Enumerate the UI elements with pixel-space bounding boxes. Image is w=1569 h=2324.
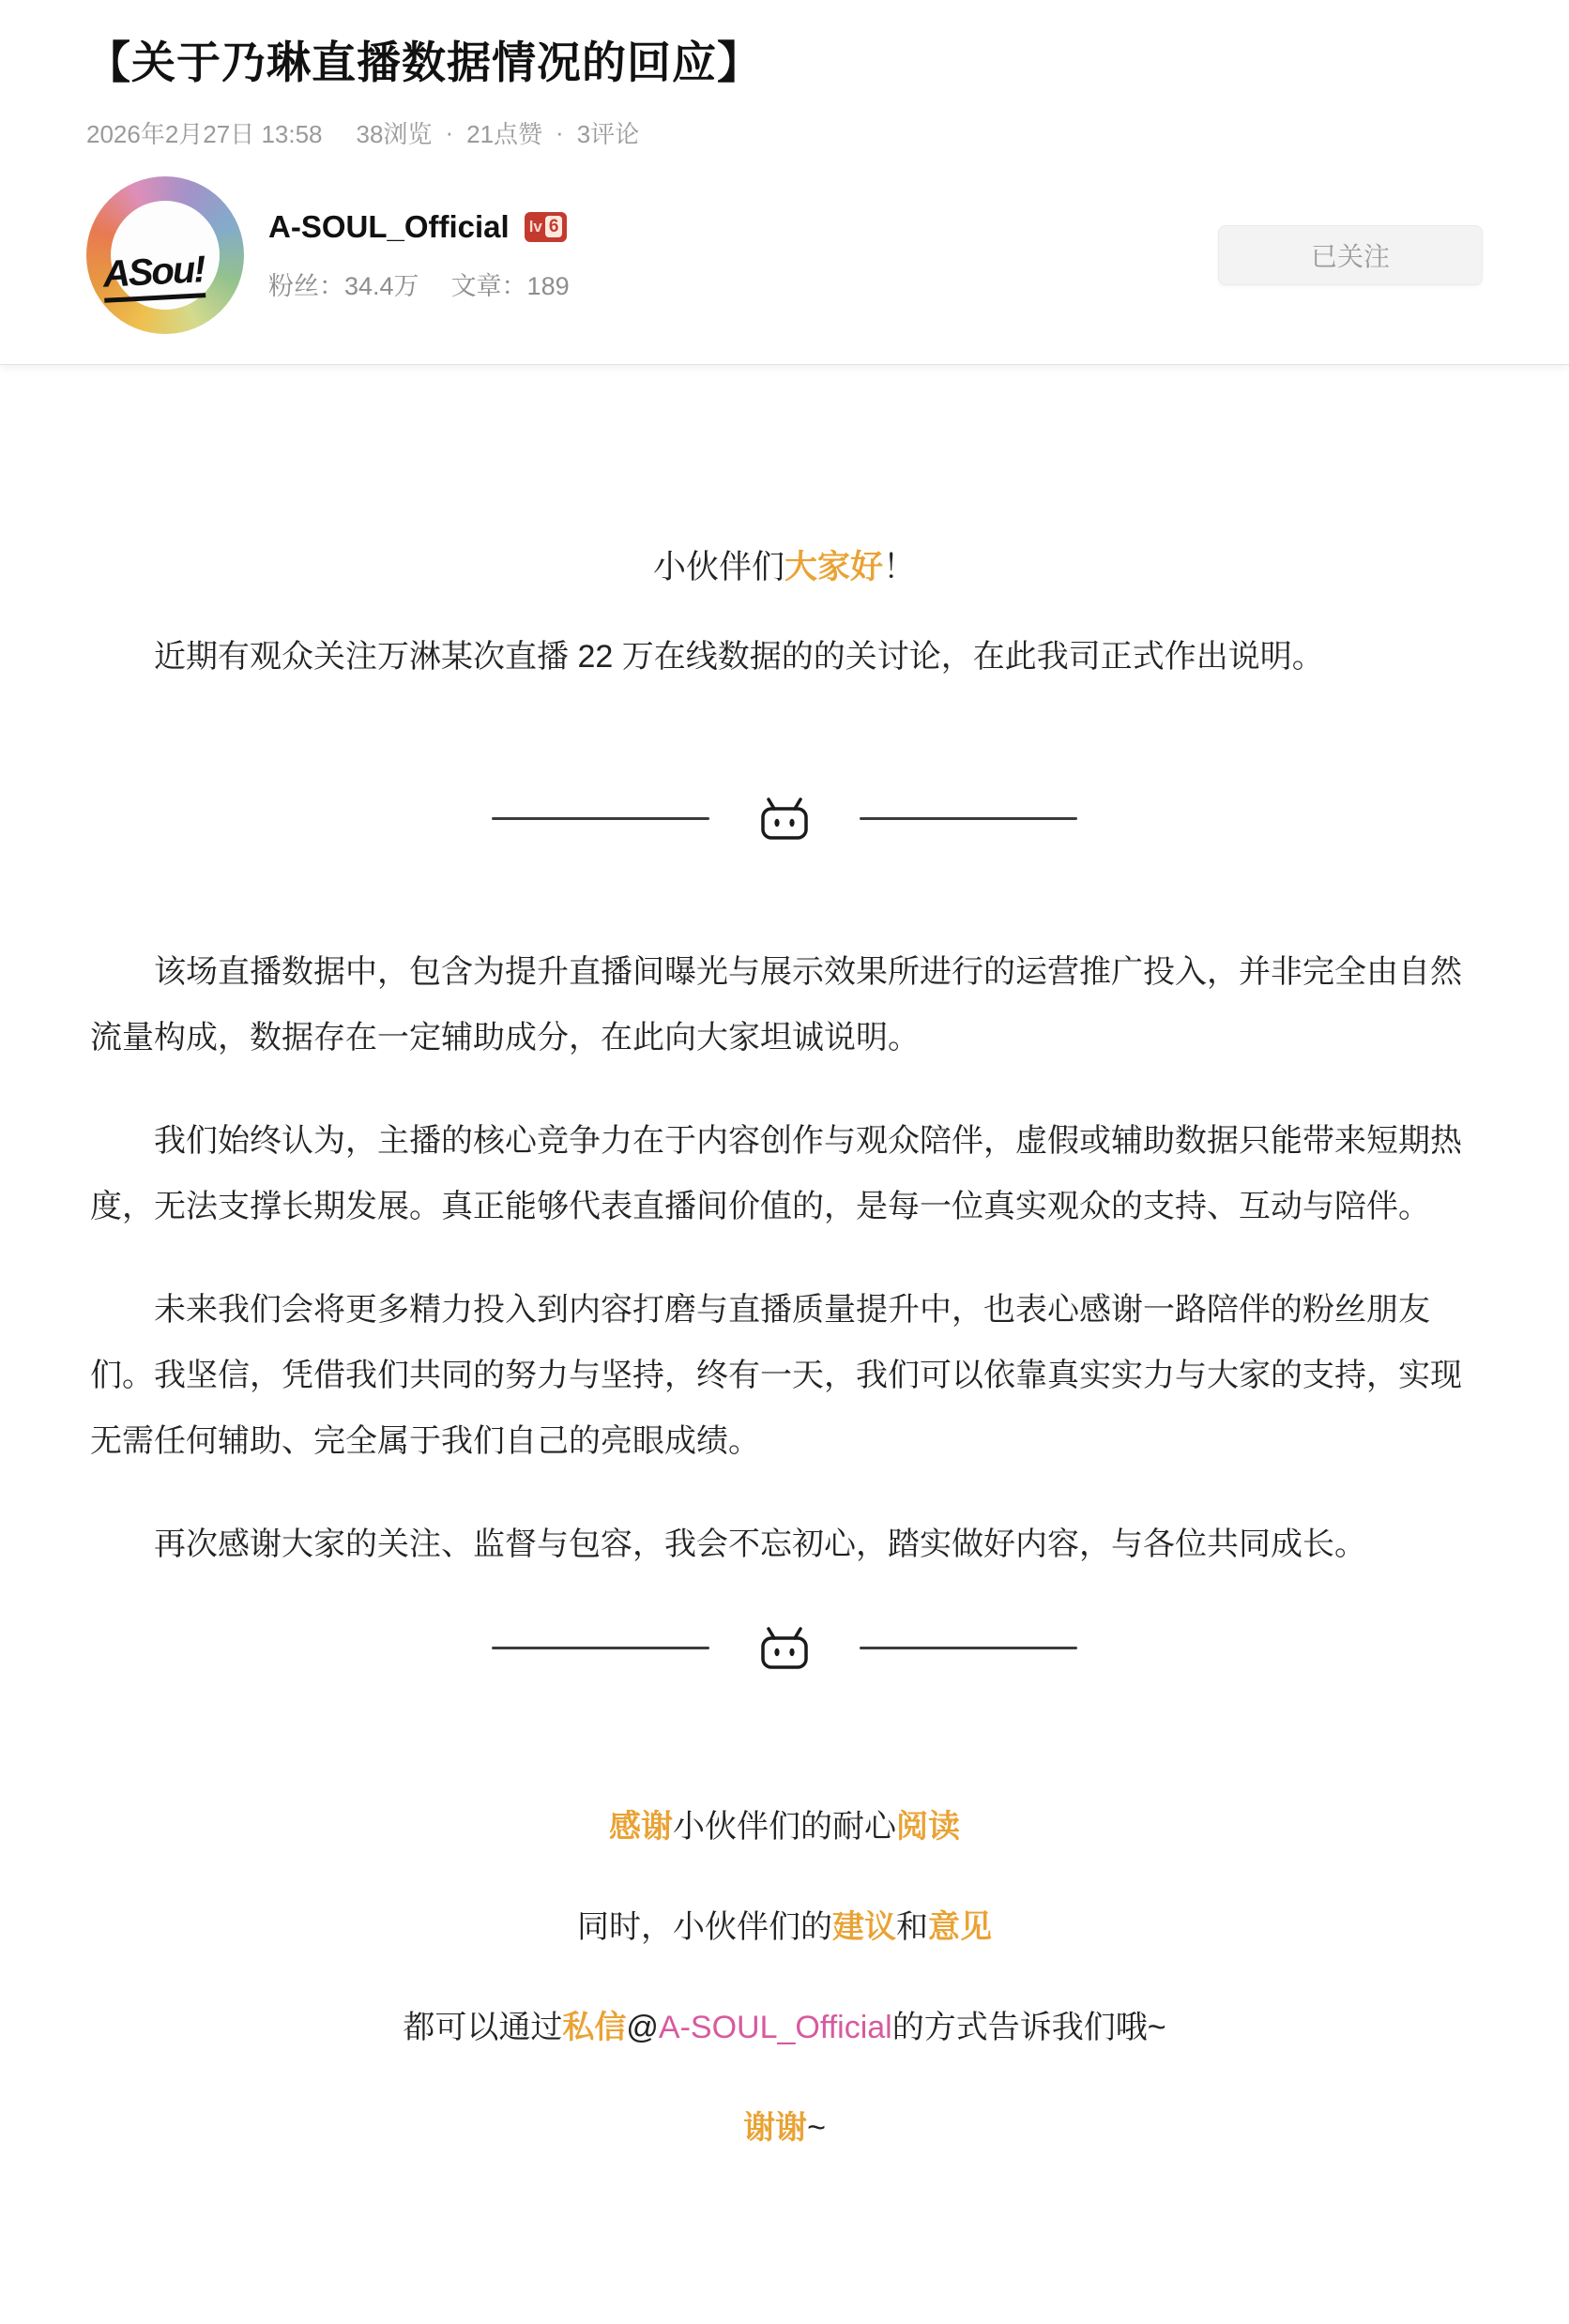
- paragraph-3: 未来我们会将更多精力投入到内容打磨与直播质量提升中，也表心感谢一路陪伴的粉丝朋友…: [90, 1277, 1479, 1474]
- bilibili-tv-icon: [758, 797, 811, 842]
- author-name[interactable]: A-SOUL_Official: [268, 209, 510, 245]
- footer-line-1: 感谢小伙伴们的耐心阅读: [90, 1800, 1479, 1846]
- footer-highlight: 意见: [928, 1909, 992, 1945]
- section-divider: [90, 797, 1479, 842]
- main-paragraphs: 该场直播数据中，包含为提升直播间曝光与展示效果所进行的运营推广投入，并非完全由自…: [90, 939, 1479, 1577]
- footer-text: 的方式告诉我们哦~: [892, 2010, 1166, 2045]
- author-row: ASou! A-SOUL_Official lv 6 粉丝：34.4万 文章：1…: [86, 176, 1483, 334]
- page-title: 【关于乃琳直播数据情况的回应】: [86, 28, 1483, 91]
- divider-line: [492, 817, 709, 820]
- divider-line: [860, 1647, 1077, 1649]
- footer-text: ~: [807, 2110, 826, 2146]
- publish-date: 2026年2月27日 13:58: [86, 115, 323, 150]
- avatar-logo-text: ASou!: [102, 249, 206, 303]
- footer-highlight: 阅读: [896, 1809, 960, 1845]
- footer-highlight: 谢谢: [743, 2110, 807, 2146]
- footer-lines: 感谢小伙伴们的耐心阅读 同时，小伙伴们的建议和意见 都可以通过私信@A-SOUL…: [90, 1800, 1479, 2324]
- footer-text: 都可以通过: [403, 2010, 562, 2045]
- greeting-highlight: 大家好: [784, 549, 883, 585]
- footer-text: 小伙伴们的耐心: [673, 1809, 896, 1845]
- footer-highlight: 感谢: [609, 1809, 673, 1845]
- mention-link[interactable]: A-SOUL_Official: [659, 2010, 892, 2045]
- section-divider: [90, 1626, 1479, 1671]
- intro-paragraph: 近期有观众关注万淋某次直播 22 万在线数据的的关讨论，在此我司正式作出说明。: [90, 630, 1479, 686]
- article-body: 小伙伴们大家好！ 近期有观众关注万淋某次直播 22 万在线数据的的关讨论，在此我…: [0, 541, 1569, 2324]
- footer-highlight: 建议: [832, 1909, 896, 1945]
- like-count: 21点赞: [466, 115, 542, 150]
- view-count: 38浏览: [357, 115, 433, 150]
- meta-row: 2026年2月27日 13:58 38浏览 · 21点赞 · 3评论: [86, 115, 1483, 150]
- level-badge: lv 6: [525, 212, 568, 242]
- divider-line: [492, 1647, 709, 1649]
- footer-line-2: 同时，小伙伴们的建议和意见: [90, 1901, 1479, 1947]
- greeting-post: ！: [883, 549, 916, 585]
- footer-highlight: 私信: [562, 2010, 626, 2045]
- bilibili-tv-icon: [758, 1626, 811, 1671]
- footer-line-3: 都可以通过私信@A-SOUL_Official的方式告诉我们哦~: [90, 2001, 1479, 2047]
- article-header: 【关于乃琳直播数据情况的回应】 2026年2月27日 13:58 38浏览 · …: [0, 0, 1569, 365]
- greeting-line: 小伙伴们大家好！: [90, 541, 1479, 588]
- level-badge-lv: lv: [529, 219, 542, 235]
- articles-count: 文章：189: [451, 266, 570, 302]
- author-info: A-SOUL_Official lv 6 粉丝：34.4万 文章：189: [268, 209, 570, 302]
- comment-count: 3评论: [577, 115, 639, 150]
- meta-dot: ·: [445, 118, 453, 147]
- footer-text: @: [626, 2010, 659, 2045]
- paragraph-4: 再次感谢大家的关注、监督与包容，我会不忘初心，踏实做好内容，与各位共同成长。: [90, 1511, 1479, 1577]
- divider-line: [860, 817, 1077, 820]
- fans-count: 粉丝：34.4万: [268, 266, 419, 302]
- paragraph-2: 我们始终认为，主播的核心竞争力在于内容创作与观众陪伴，虚假或辅助数据只能带来短期…: [90, 1108, 1479, 1239]
- footer-text: 同时，小伙伴们的: [577, 1909, 832, 1945]
- paragraph-1: 该场直播数据中，包含为提升直播间曝光与展示效果所进行的运营推广投入，并非完全由自…: [90, 939, 1479, 1071]
- footer-text: 和: [896, 1909, 928, 1945]
- level-badge-number: 6: [545, 216, 563, 237]
- avatar[interactable]: ASou!: [86, 176, 244, 334]
- greeting-pre: 小伙伴们: [653, 549, 784, 585]
- author-stats: 粉丝：34.4万 文章：189: [268, 266, 570, 302]
- footer-line-4: 谢谢~: [90, 2102, 1479, 2148]
- meta-dot: ·: [556, 118, 564, 147]
- followed-button[interactable]: 已关注: [1218, 225, 1483, 285]
